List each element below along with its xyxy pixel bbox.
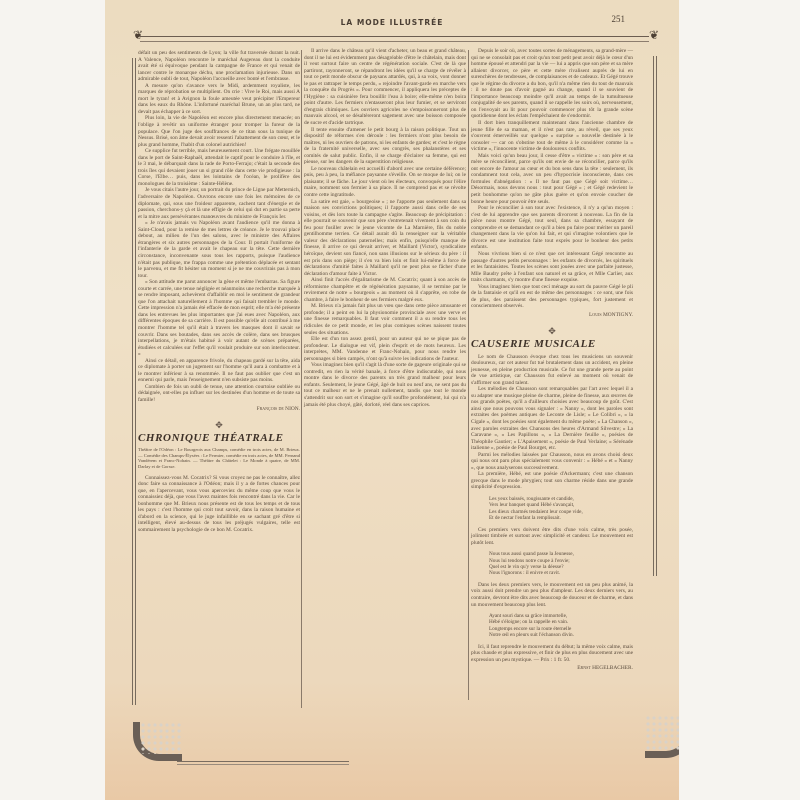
frame-border-left <box>132 58 136 705</box>
page-number: 251 <box>612 14 626 24</box>
author-signature: Louis MONTIGNY. <box>471 312 633 319</box>
flourish-ornament-right: ❦ <box>649 28 659 43</box>
verse-block: Nous tous aussi quand passe la Jeunesse,… <box>489 551 633 577</box>
paragraph: Ainsi ce détail, en apparence frivole, d… <box>138 358 300 384</box>
paragraph: Connaissez-vous M. Cocatrix? Si vous cro… <box>138 475 300 534</box>
paragraph: La première, Hébé, est une poésie d'Acke… <box>471 471 633 491</box>
paragraph: Mais voici qu'un beau jour, il cesse d'ê… <box>471 153 633 205</box>
paragraph: défait un peu des sentiments de Lyon; la… <box>138 50 300 83</box>
verse-line: Notre œil en pleurs suit l'échanson divi… <box>489 632 633 638</box>
frame-border-right <box>653 56 657 576</box>
paragraph: Parmi les mélodies laissées par Chausson… <box>471 452 633 472</box>
section-heading-chronique: Chronique Théatrale <box>138 435 300 442</box>
magazine-page: ❦ LA MODE ILLUSTRÉE 251 ❦ défait un peu … <box>105 0 679 800</box>
paragraph: Il tente ensuite d'amener le petit bourg… <box>304 127 466 166</box>
paragraph: Vous imaginez bien qu'il s'agit là d'une… <box>304 362 466 408</box>
paragraph: M. Brieux n'a jamais fait plus un vœu qu… <box>304 303 466 336</box>
paragraph: « Je n'avais jamais vu Napoléon avant l'… <box>138 220 300 279</box>
author-signature: François de NION. <box>138 406 300 413</box>
paragraph: Il arrive dans le château qu'il vient d'… <box>304 48 466 127</box>
verse-line: Et de nectar l'enfant la remplissait. <box>489 515 633 521</box>
paragraph: La satire est gaie, « bourgeoise » ; ne … <box>304 199 466 278</box>
masthead-title: LA MODE ILLUSTRÉE <box>105 18 679 27</box>
theatre-program: Théâtre de l'Odéon : Le Bourgeois aux Ch… <box>138 447 300 469</box>
paragraph: Ces premiers vers doivent être dits d'un… <box>471 527 633 547</box>
paragraph: A mesure qu'on s'avance vers le Midi, ar… <box>138 83 300 116</box>
paragraph: Combien de fois un oubli de tenue, une a… <box>138 384 300 404</box>
verse-line: Nous l'ignorons : il enivre et ravit. <box>489 570 633 576</box>
article-column-2: Il arrive dans le château qu'il vient d'… <box>304 48 466 408</box>
column-divider <box>301 50 302 708</box>
paragraph: Depuis le soir où, avec toutes sortes de… <box>471 48 633 120</box>
paragraph: Plus loin, la vie de Napoléon est encore… <box>138 115 300 148</box>
fleuron-ornament: ✥ <box>471 328 633 335</box>
corner-ornament-bottom-left <box>133 722 182 761</box>
footer-rule <box>177 761 349 765</box>
author-signature: Ernst HEGELBACHER. <box>471 665 633 672</box>
verse-block: Ayant souri dans sa grâce immortelle, Hé… <box>489 613 633 639</box>
column-divider <box>468 50 469 700</box>
paragraph: Ce supplice fut terrible, mais heureusem… <box>138 148 300 187</box>
fleuron-ornament: ✥ <box>138 422 300 429</box>
verse-block: Les yeux baissés, rougissante et candide… <box>489 496 633 522</box>
header-rule <box>140 36 649 42</box>
paragraph: Ainsi finit l'accès d'égalitarisme de M.… <box>304 277 466 303</box>
paragraph: Je vous citais l'autre jour, un portrait… <box>138 187 300 220</box>
paragraph: Il dort bien tranquillement maintenant d… <box>471 120 633 153</box>
paragraph: Ici, il faut reprendre le mouvement du d… <box>471 644 633 664</box>
paragraph: Pour le réconcilier à son tour avec l'ex… <box>471 205 633 251</box>
corner-ornament-bottom-right <box>645 715 679 758</box>
article-column-3: Depuis le soir où, avec toutes sortes de… <box>471 48 633 672</box>
paragraph: Elle est d'un ton assez gentil, pour un … <box>304 336 466 362</box>
article-column-1: défait un peu des sentiments de Lyon; la… <box>138 50 300 533</box>
paragraph: Dans les deux premiers vers, le mouvemen… <box>471 582 633 608</box>
paragraph: Nous vivrions bien si ce n'est que cet i… <box>471 251 633 284</box>
paragraph: Les mélodies de Chausson sont remarquabl… <box>471 386 633 451</box>
paragraph: « Son attitude me parut annoncer la gêne… <box>138 279 300 358</box>
paragraph: Le nom de Chausson évoque chez tous les … <box>471 354 633 387</box>
section-heading-causerie: Causerie Musicale <box>471 341 633 348</box>
paragraph: Le nouveau châtelain est accueilli d'abo… <box>304 166 466 199</box>
paragraph: Vous imaginez bien que tout ceci ménage … <box>471 284 633 310</box>
